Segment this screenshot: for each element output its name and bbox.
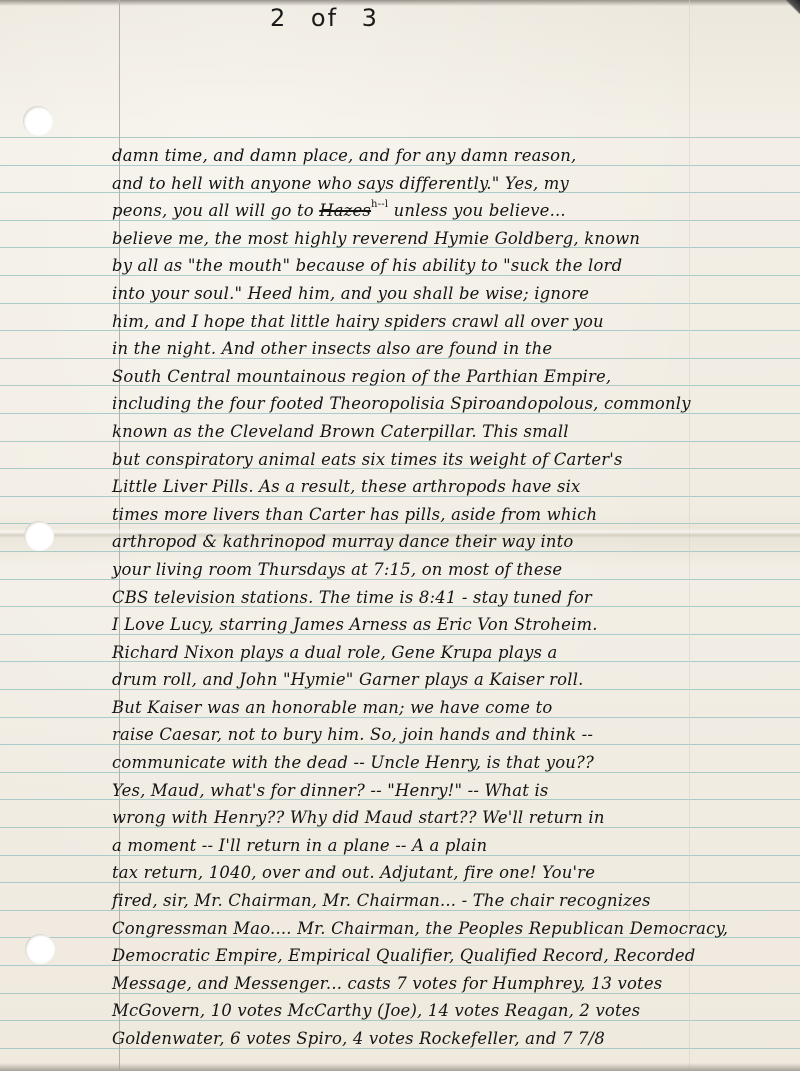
text-line: But Kaiser was an honorable man; we have… (112, 694, 772, 722)
text-line: drum roll, and John "Hymie" Garner plays… (112, 666, 772, 694)
text-line: him, and I hope that little hairy spider… (112, 308, 772, 336)
text-line: tax return, 1040, over and out. Adjutant… (112, 859, 772, 887)
text-line: a moment -- I'll return in a plane -- A … (112, 832, 772, 860)
text-line: South Central mountainous region of the … (112, 363, 772, 391)
text-line: Yes, Maud, what's for dinner? -- "Henry!… (112, 777, 772, 805)
text-line: including the four footed Theoropolisia … (112, 390, 772, 418)
binder-hole-top (23, 106, 53, 136)
text-line: fired, sir, Mr. Chairman, Mr. Chairman..… (112, 887, 772, 915)
text-line: by all as "the mouth" because of his abi… (112, 252, 772, 280)
text-line: CBS television stations. The time is 8:4… (112, 584, 772, 612)
text-segment: peons, you all will go to (112, 201, 319, 220)
text-line: McGovern, 10 votes McCarthy (Joe), 14 vo… (112, 997, 772, 1025)
text-line: I Love Lucy, starring James Arness as Er… (112, 611, 772, 639)
text-line: Message, and Messenger... casts 7 votes … (112, 970, 772, 998)
text-line: Goldenwater, 6 votes Spiro, 4 votes Rock… (112, 1025, 772, 1053)
text-line: Little Liver Pills. As a result, these a… (112, 473, 772, 501)
text-line: believe me, the most highly reverend Hym… (112, 225, 772, 253)
inserted-correction: h--l (371, 199, 388, 210)
text-segment: unless you believe... (388, 201, 566, 220)
struck-word: Hazes (319, 201, 371, 220)
notebook-page: 2 of 3 damn time, and damn place, and fo… (0, 0, 800, 1071)
text-line: Richard Nixon plays a dual role, Gene Kr… (112, 639, 772, 667)
binder-hole-middle (24, 521, 54, 551)
text-line: raise Caesar, not to bury him. So, join … (112, 721, 772, 749)
text-line: damn time, and damn place, and for any d… (112, 142, 772, 170)
text-line: your living room Thursdays at 7:15, on m… (112, 556, 772, 584)
handwritten-body: damn time, and damn place, and for any d… (112, 142, 772, 1053)
page-number: 2 of 3 (270, 4, 470, 32)
text-line: and to hell with anyone who says differe… (112, 170, 772, 198)
ruled-line (0, 137, 800, 138)
text-line: in the night. And other insects also are… (112, 335, 772, 363)
text-line: known as the Cleveland Brown Caterpillar… (112, 418, 772, 446)
text-line: times more livers than Carter has pills,… (112, 501, 772, 529)
text-line: communicate with the dead -- Uncle Henry… (112, 749, 772, 777)
binder-hole-bottom (25, 934, 55, 964)
text-line: Congressman Mao.... Mr. Chairman, the Pe… (112, 915, 772, 943)
text-line: wrong with Henry?? Why did Maud start?? … (112, 804, 772, 832)
text-line: Democratic Empire, Empirical Qualifier, … (112, 942, 772, 970)
text-line: arthropod & kathrinopod murray dance the… (112, 528, 772, 556)
text-line: but conspiratory animal eats six times i… (112, 446, 772, 474)
page-bottom-edge (0, 1063, 800, 1071)
text-line: into your soul." Heed him, and you shall… (112, 280, 772, 308)
text-line: peons, you all will go to Hazesh--l unle… (112, 197, 772, 225)
